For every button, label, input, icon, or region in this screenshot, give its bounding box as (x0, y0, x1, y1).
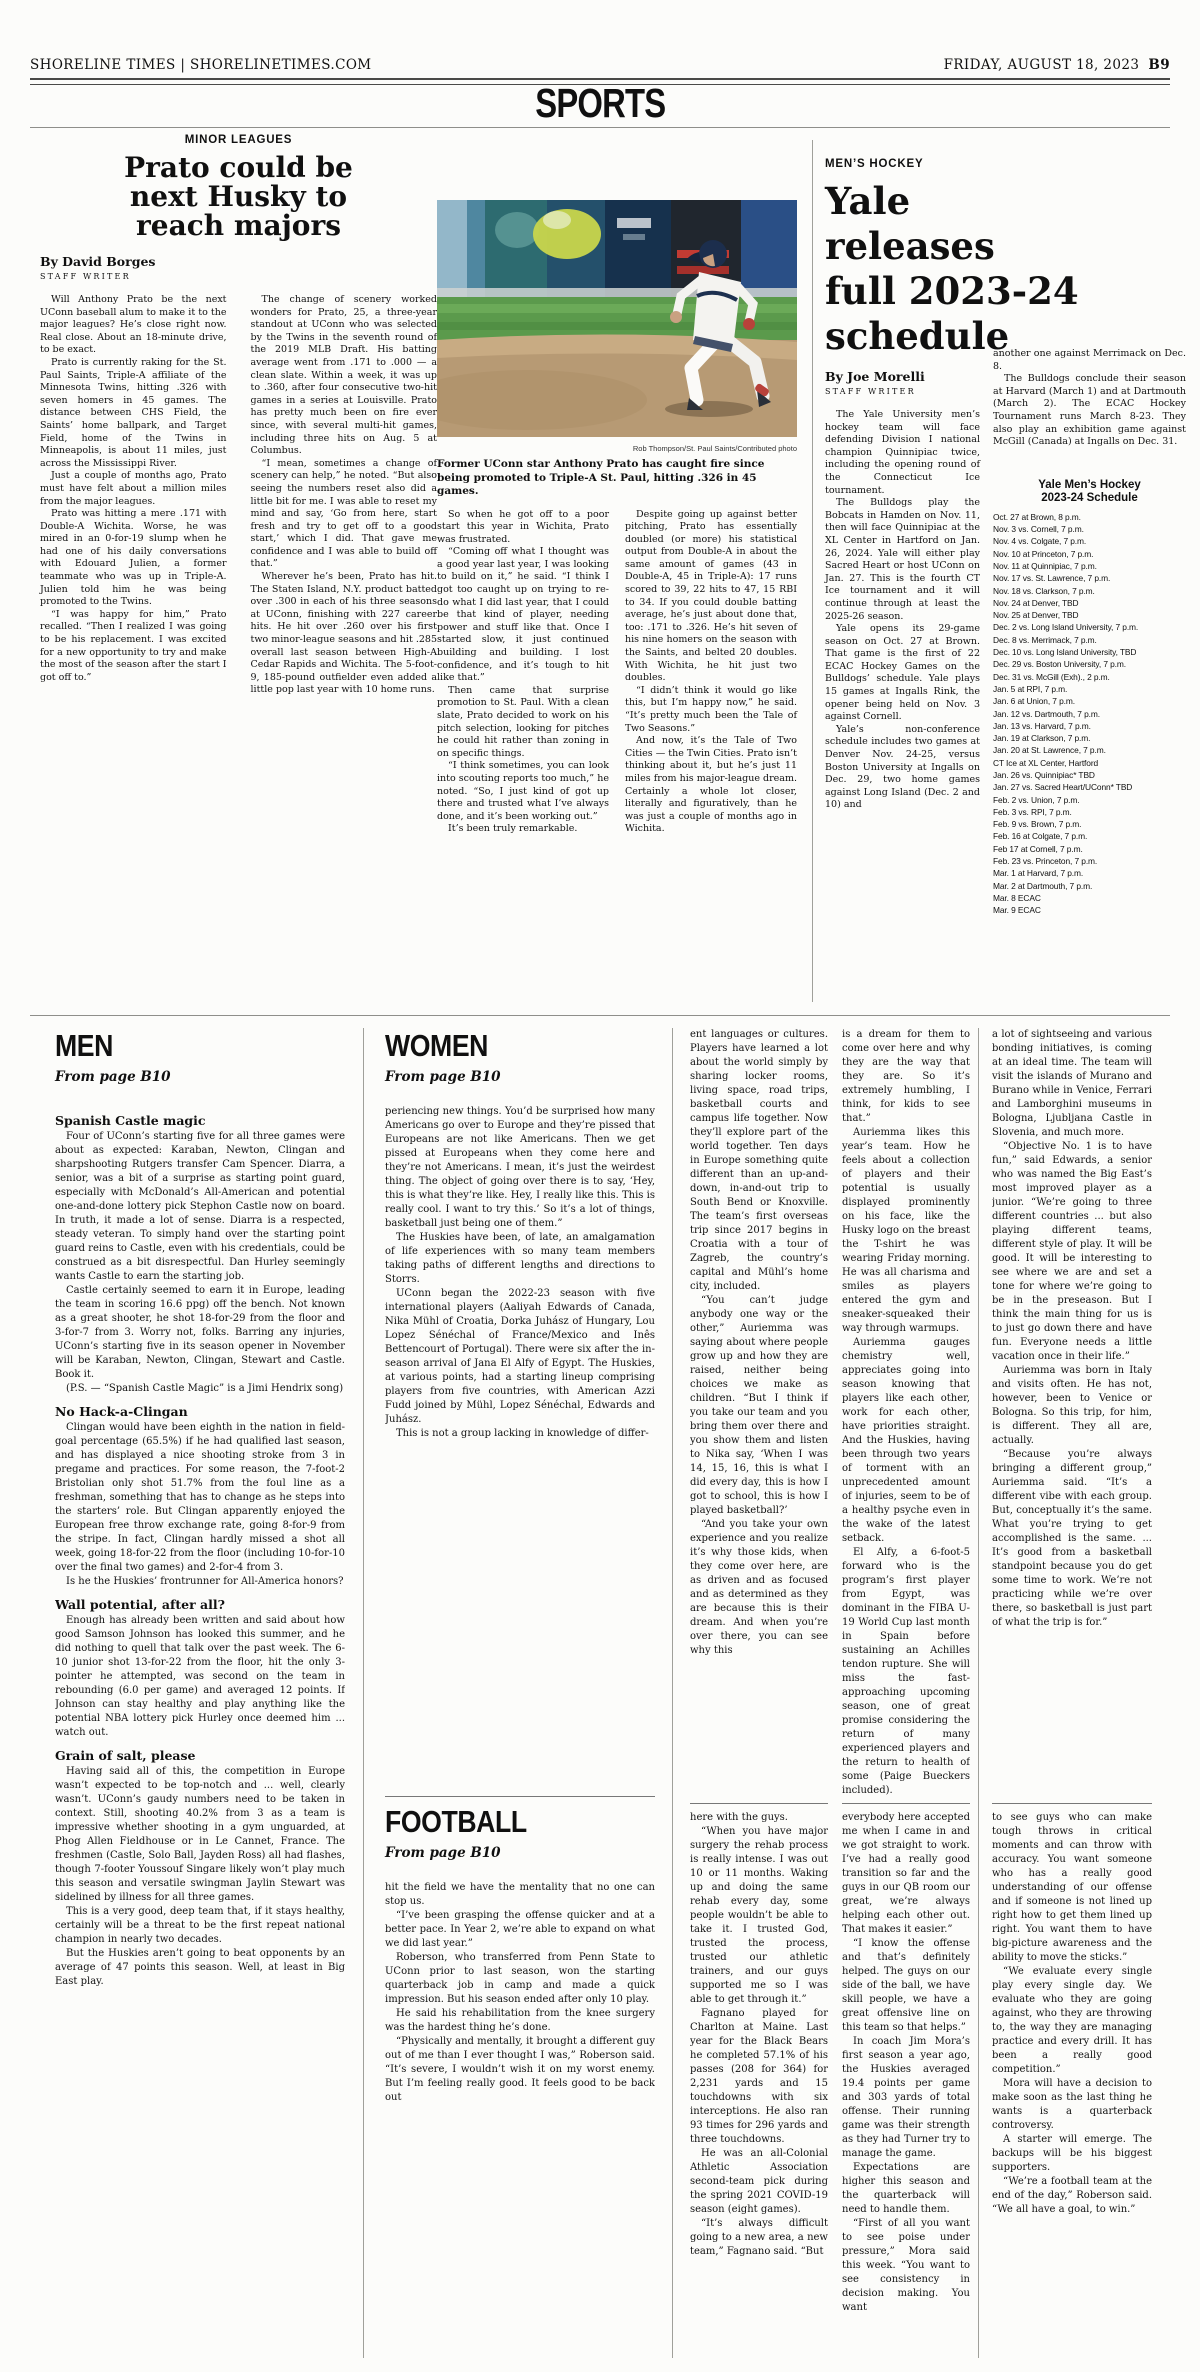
paragraph: Nov. 17 vs. St. Lawrence, 7 p.m. (993, 572, 1186, 584)
paragraph: Dec. 2 vs. Long Island University, 7 p.m… (993, 621, 1186, 633)
paragraph: Mar. 2 at Dartmouth, 7 p.m. (993, 880, 1186, 892)
paragraph: Dec. 10 vs. Long Island University, TBD (993, 646, 1186, 658)
jump-men: MEN From page B10 Spanish Castle magicFo… (55, 1028, 345, 2364)
paragraph: This is a very good, deep team that, if … (55, 1905, 345, 1947)
paragraph: CT Ice at XL Center, Hartford (993, 757, 1186, 769)
paragraph: Jan. 6 at Union, 7 p.m. (993, 695, 1186, 707)
prato-byline-role: STAFF WRITER (40, 272, 437, 281)
yale-column-1: The Yale University men’s hockey team wi… (825, 409, 980, 812)
paragraph: Dec. 29 vs. Boston University, 7 p.m. (993, 658, 1186, 670)
paragraph: here with the guys. (690, 1811, 828, 1825)
paragraph: Nov. 25 at Denver, TBD (993, 609, 1186, 621)
paragraph: “Coming off what I thought was a good ye… (437, 546, 609, 685)
paragraph: hit the field we have the mentality that… (385, 1881, 655, 1909)
prato-column-4: Despite going up against better pitching… (625, 509, 797, 836)
subheading: No Hack-a-Clingan (55, 1405, 345, 1419)
paragraph: Then came that surprise promotion to St.… (437, 685, 609, 761)
column-divider (363, 1028, 364, 2358)
men-column-text: Spanish Castle magicFour of UConn’s star… (55, 1105, 345, 2364)
banner-divider (30, 127, 1170, 128)
subheading: Grain of salt, please (55, 1749, 345, 1763)
paragraph: Despite going up against better pitching… (625, 509, 797, 685)
paragraph: The Bulldogs conclude their season at Ha… (993, 373, 1186, 449)
paragraph: A starter will emerge. The backups will … (992, 2133, 1152, 2175)
paragraph: (P.S. — “Spanish Castle Magic” is a Jimi… (55, 1382, 345, 1396)
paragraph: Roberson, who transferred from Penn Stat… (385, 1951, 655, 2007)
paragraph: Nov. 10 at Princeton, 7 p.m. (993, 548, 1186, 560)
men-heading-block: MEN From page B10 (55, 1028, 345, 1105)
column-divider (812, 140, 813, 1002)
women-from-page: From page B10 (385, 1069, 655, 1085)
paragraph: “I think sometimes, you can look into sc… (437, 760, 609, 823)
paragraph: “I was happy for him,” Prato recalled. “… (40, 609, 227, 685)
paragraph: Nov. 24 at Denver, TBD (993, 597, 1186, 609)
paragraph: Jan. 20 at St. Lawrence, 7 p.m. (993, 744, 1186, 756)
paragraph: “Physically and mentally, it brought a d… (385, 2035, 655, 2105)
subheading: Wall potential, after all? (55, 1598, 345, 1612)
baseball-action-photo (437, 200, 797, 437)
paragraph: Feb 17 at Cornell, 7 p.m. (993, 843, 1186, 855)
prato-photo-block: Rob Thompson/St. Paul Saints/Contributed… (437, 200, 797, 836)
masthead-date: FRIDAY, AUGUST 18, 2023 (944, 57, 1140, 73)
paragraph: Four of UConn’s starting five for all th… (55, 1130, 345, 1284)
paragraph: Jan. 27 vs. Sacred Heart/UConn* TBD (993, 781, 1186, 793)
paragraph: Mora will have a decision to make soon a… (992, 2077, 1152, 2133)
paragraph: Will Anthony Prato be the next UConn bas… (40, 294, 227, 357)
paragraph: He was an all-Colonial Athletic Associat… (690, 2147, 828, 2217)
paragraph: Oct. 27 at Brown, 8 p.m. (993, 511, 1186, 523)
paragraph: Prato was hitting a mere .171 with Doubl… (40, 508, 227, 609)
men-from-page: From page B10 (55, 1069, 345, 1085)
subheading: Spanish Castle magic (55, 1114, 345, 1128)
paragraph: “I know the offense and that’s definitel… (842, 1937, 970, 2035)
football-divider (842, 1803, 970, 1804)
prato-column-3: So when he got off to a poor start this … (437, 509, 609, 836)
paragraph: periencing new things. You’d be surprise… (385, 1105, 655, 1231)
section-divider (30, 1015, 1170, 1016)
yale-headline: Yale releases full 2023-24 schedule (825, 179, 1085, 359)
photo-credit: Rob Thompson/St. Paul Saints/Contributed… (437, 444, 797, 453)
paragraph: “And you take your own experience and yo… (690, 1518, 828, 1658)
jump-women-football-4: a lot of sightseeing and various bonding… (992, 1028, 1152, 2364)
paragraph: In coach Jim Mora’s first season a year … (842, 2035, 970, 2161)
paragraph: Wherever he’s been, Prato has hit. The S… (251, 571, 438, 697)
paragraph: Feb. 3 vs. RPI, 7 p.m. (993, 806, 1186, 818)
paragraph: Yale’s non-conference schedule includes … (825, 724, 980, 812)
paragraph: Fagnano played for Charlton at Maine. La… (690, 2007, 828, 2147)
paragraph: Yale opens its 29-game season on Oct. 27… (825, 623, 980, 724)
article-prato: MINOR LEAGUES Prato could be next Husky … (40, 134, 437, 697)
section-banner: SPORTS (0, 80, 1200, 127)
article-yale: MEN’S HOCKEY Yale releases full 2023-24 … (825, 158, 1187, 812)
schedule-list: Oct. 27 at Brown, 8 p.m.Nov. 3 vs. Corne… (993, 511, 1186, 917)
photo-caption: Former UConn star Anthony Prato has caug… (437, 458, 797, 499)
football-column-4: to see guys who can make tough throws in… (992, 1811, 1152, 2364)
paragraph: Auriemma was born in Italy and visits of… (992, 1364, 1152, 1448)
women-column-2: ent languages or cultures. Players have … (690, 1028, 828, 1798)
paragraph: Jan. 5 at RPI, 7 p.m. (993, 683, 1186, 695)
paragraph: El Alfy, a 6-foot-5 forward who is the p… (842, 1546, 970, 1798)
football-divider (385, 1796, 655, 1797)
paragraph: This is not a group lacking in knowledge… (385, 1427, 655, 1441)
women-column-4: a lot of sightseeing and various bonding… (992, 1028, 1152, 1798)
paragraph: But the Huskies aren’t going to beat opp… (55, 1947, 345, 1989)
paragraph: “We evaluate every single play every sin… (992, 1965, 1152, 2077)
paragraph: Prato is currently raking for the St. Pa… (40, 357, 227, 470)
paragraph: “I didn’t think it would go like this, b… (625, 685, 797, 735)
paragraph: Auriemma gauges chemistry well, apprecia… (842, 1336, 970, 1546)
paragraph: Nov. 4 vs. Colgate, 7 p.m. (993, 535, 1186, 547)
paragraph: The change of scenery worked wonders for… (251, 294, 438, 458)
paragraph: Nov. 11 at Quinnipiac, 7 p.m. (993, 560, 1186, 572)
prato-byline-name: By David Borges (40, 254, 437, 269)
paragraph: The Yale University men’s hockey team wi… (825, 409, 980, 497)
paragraph: “First of all you want to see poise unde… (842, 2217, 970, 2315)
paragraph: The Huskies have been, of late, an amalg… (385, 1231, 655, 1287)
yale-kicker: MEN’S HOCKEY (825, 158, 1187, 170)
paragraph: Clingan would have been eighth in the na… (55, 1421, 345, 1575)
paragraph: Mar. 8 ECAC (993, 892, 1186, 904)
paragraph: Feb. 9 vs. Brown, 7 p.m. (993, 818, 1186, 830)
paragraph: UConn began the 2022-23 season with five… (385, 1287, 655, 1427)
paragraph: Castle certainly seemed to earn it in Eu… (55, 1284, 345, 1382)
paragraph: “I mean, sometimes a change of scenery c… (251, 458, 438, 571)
paragraph: Jan. 26 vs. Quinnipiac* TBD (993, 769, 1186, 781)
paragraph: to see guys who can make tough throws in… (992, 1811, 1152, 1965)
paragraph: Mar. 1 at Harvard, 7 p.m. (993, 867, 1186, 879)
paragraph: another one against Merrimack on Dec. 8. (993, 348, 1186, 373)
yale-column-2: another one against Merrimack on Dec. 8.… (993, 348, 1186, 917)
paragraph: everybody here accepted me when I came i… (842, 1811, 970, 1937)
paragraph: Feb. 16 at Colgate, 7 p.m. (993, 830, 1186, 842)
jump-women-football-3: is a dream for them to come over here an… (842, 1028, 970, 2364)
schedule-title: Yale Men’s Hockey 2023-24 Schedule (993, 479, 1186, 506)
women-heading: WOMEN (385, 1028, 488, 1064)
prato-column-1: Will Anthony Prato be the next UConn bas… (40, 294, 227, 697)
women-heading-block: WOMEN From page B10 (385, 1028, 655, 1105)
paragraph: He said his rehabilitation from the knee… (385, 2007, 655, 2035)
football-divider (992, 1803, 1152, 1804)
paragraph: Mar. 9 ECAC (993, 904, 1186, 916)
column-divider (672, 1028, 673, 2358)
football-column-3: everybody here accepted me when I came i… (842, 1811, 970, 2364)
jump-women-football-1: WOMEN From page B10 periencing new thing… (385, 1028, 655, 2364)
newspaper-page: SHORELINE TIMES | SHORELINETIMES.COM FRI… (0, 0, 1200, 2372)
football-heading-block: FOOTBALL From page B10 (385, 1804, 655, 1881)
women-column-1: periencing new things. You’d be surprise… (385, 1105, 655, 1791)
paragraph: Auriemma likes this year’s team. How he … (842, 1126, 970, 1336)
paragraph: “We’re a football team at the end of the… (992, 2175, 1152, 2217)
prato-column-2: The change of scenery worked wonders for… (251, 294, 438, 697)
paragraph: Jan. 12 vs. Dartmouth, 7 p.m. (993, 708, 1186, 720)
paragraph: “You can’t judge anybody one way or the … (690, 1294, 828, 1518)
football-column-2: here with the guys.“When you have major … (690, 1811, 828, 2364)
paragraph: Nov. 3 vs. Cornell, 7 p.m. (993, 523, 1186, 535)
paragraph: Just a couple of months ago, Prato must … (40, 470, 227, 508)
paragraph: a lot of sightseeing and various bonding… (992, 1028, 1152, 1140)
paragraph: It’s been truly remarkable. (437, 823, 609, 836)
paragraph: “I’ve been grasping the offense quicker … (385, 1909, 655, 1951)
prato-kicker: MINOR LEAGUES (40, 134, 437, 146)
paragraph: Feb. 23 vs. Princeton, 7 p.m. (993, 855, 1186, 867)
paragraph: Nov. 18 vs. Clarkson, 7 p.m. (993, 585, 1186, 597)
section-banner-title: SPORTS (535, 80, 665, 127)
paragraph: Dec. 8 vs. Merrimack, 7 p.m. (993, 634, 1186, 646)
jump-women-football-2: ent languages or cultures. Players have … (690, 1028, 828, 2364)
football-divider (690, 1803, 828, 1804)
paragraph: Expectations are higher this season and … (842, 2161, 970, 2217)
football-heading: FOOTBALL (385, 1804, 527, 1840)
paragraph: The Bulldogs play the Bobcats in Hamden … (825, 497, 980, 623)
column-divider (978, 1028, 979, 2358)
prato-headline: Prato could be next Husky to reach major… (40, 153, 437, 240)
paragraph: “It’s always difficult going to a new ar… (690, 2217, 828, 2259)
masthead: SHORELINE TIMES | SHORELINETIMES.COM FRI… (30, 57, 1170, 73)
paragraph: Jan. 19 at Clarkson, 7 p.m. (993, 732, 1186, 744)
paragraph: Jan. 13 vs. Harvard, 7 p.m. (993, 720, 1186, 732)
paragraph: “When you have major surgery the rehab p… (690, 1825, 828, 2007)
paragraph: Is he the Huskies’ frontrunner for All-A… (55, 1575, 345, 1589)
paragraph: “Objective No. 1 is to have fun,” said E… (992, 1140, 1152, 1364)
paragraph: Dec. 31 vs. McGill (Exh)., 2 p.m. (993, 671, 1186, 683)
paragraph: Enough has already been written and said… (55, 1614, 345, 1740)
yale-column-2-text: another one against Merrimack on Dec. 8.… (993, 348, 1186, 449)
paragraph: “Because you’re always bringing a differ… (992, 1448, 1152, 1630)
masthead-title: SHORELINE TIMES | SHORELINETIMES.COM (30, 57, 372, 73)
paragraph: Feb. 2 vs. Union, 7 p.m. (993, 794, 1186, 806)
paragraph: Having said all of this, the competition… (55, 1765, 345, 1905)
women-column-3: is a dream for them to come over here an… (842, 1028, 970, 1798)
paragraph: is a dream for them to come over here an… (842, 1028, 970, 1126)
paragraph: So when he got off to a poor start this … (437, 509, 609, 547)
prato-byline: By David Borges STAFF WRITER (40, 254, 437, 281)
page-number: B9 (1148, 57, 1170, 73)
men-heading: MEN (55, 1028, 113, 1064)
football-column-1: hit the field we have the mentality that… (385, 1881, 655, 2364)
paragraph: And now, it’s the Tale of Two Cities — t… (625, 735, 797, 836)
football-from-page: From page B10 (385, 1845, 655, 1861)
paragraph: ent languages or cultures. Players have … (690, 1028, 828, 1294)
